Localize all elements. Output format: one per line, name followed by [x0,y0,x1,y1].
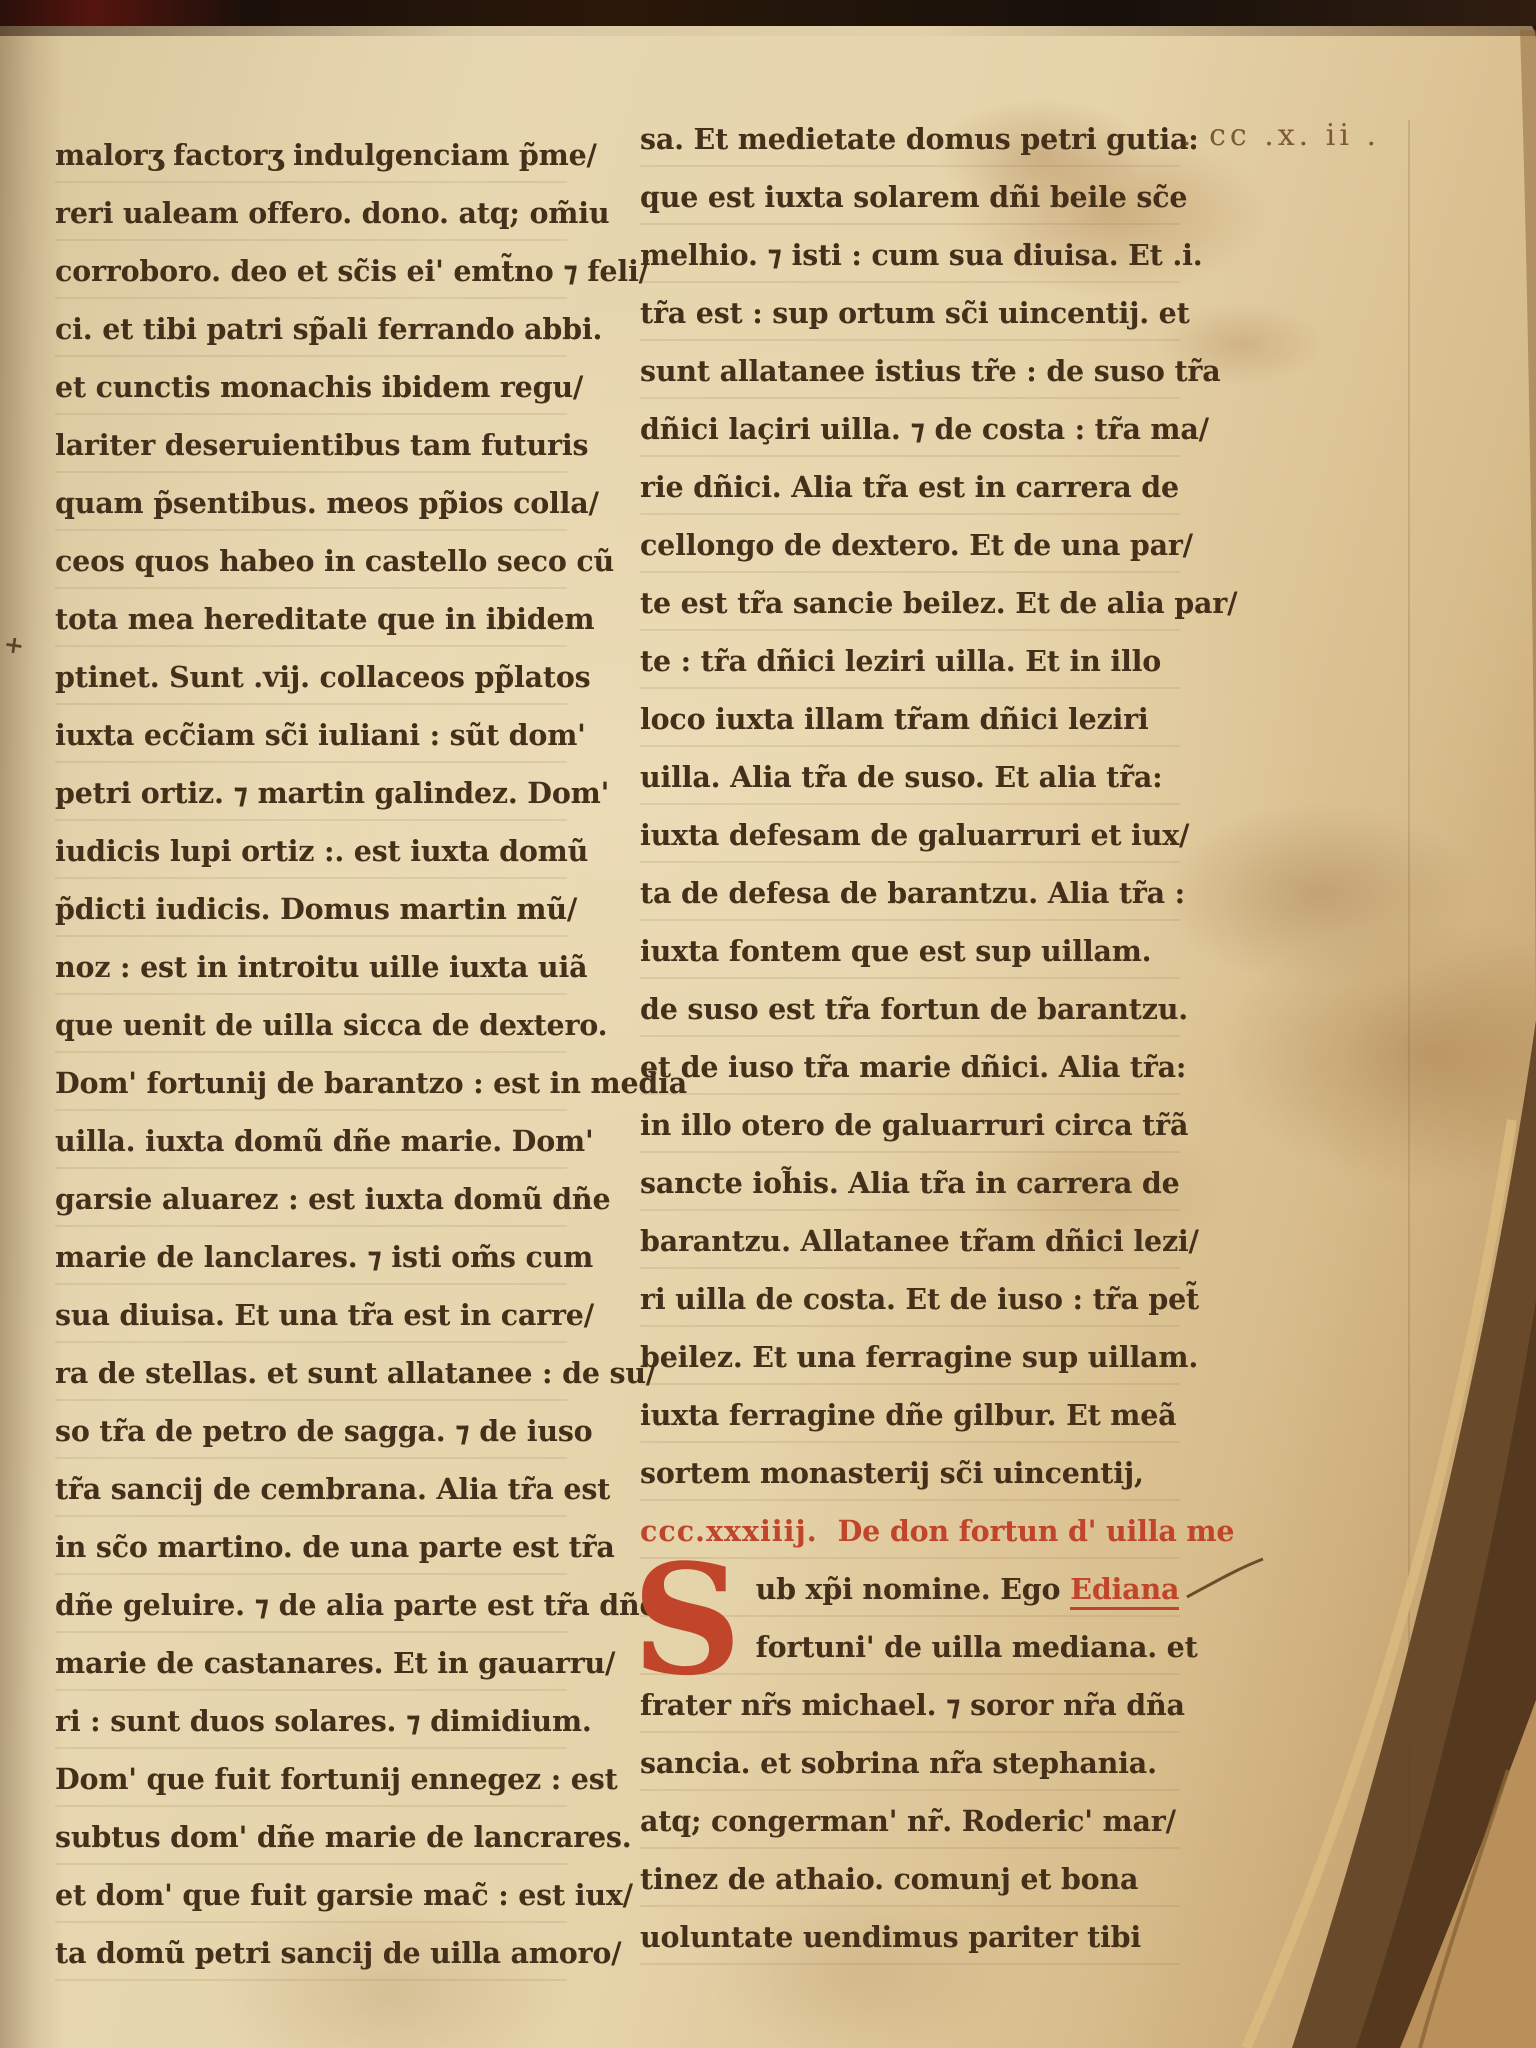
manuscript-line: tr̃a est : sup ortum sc̃i uincentij. et [640,284,1180,342]
margin-cross-mark: + [2,629,26,661]
manuscript-line: dñici laçiri uilla. ⁊ de costa : tr̃a ma… [640,400,1180,458]
manuscript-line: que est iuxta solarem dñi beile sc̃e [640,168,1180,226]
rubric-title: De don fortun d' uilla me [838,1502,1235,1560]
manuscript-line: loco iuxta illam tr̃am dñici leziri [640,690,1180,748]
manuscript-line: uilla. Alia tr̃a de suso. Et alia tr̃a: [640,748,1180,806]
manuscript-line: et dom' que fuit garsie mac̃ : est iux/ [55,1866,567,1924]
folio-number: . cc .x. ii . [1182,118,1380,153]
manuscript-line: frater nr̃s michael. ⁊ soror nr̃a dña [640,1676,1180,1734]
manuscript-line: uoluntate uendimus pariter tibi [640,1908,1180,1966]
manuscript-line: sancte ioh̃is. Alia tr̃a in carrera de [640,1154,1180,1212]
manuscript-line: corroboro. deo et sc̃is ei' emt̃no ⁊ fel… [55,242,567,300]
ruling-line-vertical [1408,120,1410,2048]
illuminated-initial-s: S [632,1566,742,1674]
manuscript-line: ra de stellas. et sunt allatanee : de su… [55,1344,567,1402]
manuscript-line: petri ortiz. ⁊ martin galindez. Dom' [55,764,567,822]
manuscript-line: atq; congerman' nr̃. Roderic' mar/ [640,1792,1180,1850]
manuscript-line: sua diuisa. Et una tr̃a est in carre/ [55,1286,567,1344]
manuscript-line: Dom' que fuit fortunij ennegez : est [55,1750,567,1808]
manuscript-line: malorʒ factorʒ indulgenciam p̃me/ [55,126,567,184]
manuscript-line: ci. et tibi patri sp̃ali ferrando abbi. [55,300,567,358]
manuscript-line: te : tr̃a dñici leziri uilla. Et in illo [640,632,1180,690]
manuscript-line: uilla. iuxta domũ dñe marie. Dom' [55,1112,567,1170]
text-column-right: sa. Et medietate domus petri gutia:que e… [640,110,1180,1966]
manuscript-line: marie de lanclares. ⁊ isti om̃s cum [55,1228,567,1286]
manuscript-line: so tr̃a de petro de sagga. ⁊ de iuso [55,1402,567,1460]
manuscript-line: subtus dom' dñe marie de lancrares. [55,1808,567,1866]
charter-first-line: ub xp̃i nomine. Ego [756,1572,1061,1606]
manuscript-line: sortem monasterij sc̃i uincentij, [640,1444,1180,1502]
manuscript-line: beilez. Et una ferragine sup uillam. [640,1328,1180,1386]
manuscript-line: que uenit de uilla sicca de dextero. [55,996,567,1054]
manuscript-line: iuxta ecc̃iam sc̃i iuliani : sũt dom' [55,706,567,764]
manuscript-line: sancia. et sobrina nr̃a stephania. [640,1734,1180,1792]
manuscript-line: ri uilla de costa. Et de iuso : tr̃a pet… [640,1270,1180,1328]
manuscript-line: Dom' fortunij de barantzo : est in media [55,1054,567,1112]
manuscript-line: cellongo de dextero. Et de una par/ [640,516,1180,574]
book-top-edge-shadow [0,26,1536,36]
manuscript-line: noz : est in introitu uille iuxta uiã [55,938,567,996]
manuscript-page: . cc .x. ii . + malorʒ factorʒ indulgenc… [0,0,1536,2048]
highlighted-name: Ediana [1070,1572,1179,1610]
manuscript-line: sunt allatanee istius tr̃e : de suso tr̃… [640,342,1180,400]
manuscript-line: te est tr̃a sancie beilez. Et de alia pa… [640,574,1180,632]
manuscript-line: ta domũ petri sancij de uilla amoro/ [55,1924,567,1982]
manuscript-line: et cunctis monachis ibidem regu/ [55,358,567,416]
manuscript-line: sa. Et medietate domus petri gutia: [640,110,1180,168]
manuscript-line: ta de defesa de barantzu. Alia tr̃a : [640,864,1180,922]
manuscript-line: tota mea hereditate que in ibidem [55,590,567,648]
right-column-lines: sa. Et medietate domus petri gutia:que e… [640,110,1180,1502]
pen-flourish [1185,1555,1265,1603]
manuscript-line: barantzu. Allatanee tr̃am dñici lezi/ [640,1212,1180,1270]
manuscript-line: lariter deseruientibus tam futuris [55,416,567,474]
manuscript-line: et de iuso tr̃a marie dñici. Alia tr̃a: [640,1038,1180,1096]
manuscript-line: ri : sunt duos solares. ⁊ dimidium. [55,1692,567,1750]
manuscript-line: in sc̃o martino. de una parte est tr̃a [55,1518,567,1576]
manuscript-line: marie de castanares. Et in gauarru/ [55,1634,567,1692]
manuscript-line: tr̃a sancij de cembrana. Alia tr̃a est [55,1460,567,1518]
manuscript-line: iuxta fontem que est sup uillam. [640,922,1180,980]
manuscript-line: iuxta defesam de galuarruri et iux/ [640,806,1180,864]
manuscript-line: ptinet. Sunt .vij. collaceos pp̃latos [55,648,567,706]
manuscript-line: iudicis lupi ortiz :. est iuxta domũ [55,822,567,880]
manuscript-line: dñe geluire. ⁊ de alia parte est tr̃a dñ… [55,1576,567,1634]
manuscript-line: quam p̃sentibus. meos pp̃ios colla/ [55,474,567,532]
manuscript-line: melhio. ⁊ isti : cum sua diuisa. Et .i. [640,226,1180,284]
manuscript-line: ceos quos habeo in castello seco cũ [55,532,567,590]
book-top-edge [0,0,1536,26]
charter-opening: S ub xp̃i nomine. EgoEdiana fortuni' de … [640,1560,1180,1966]
manuscript-line: reri ualeam offero. dono. atq; om̃iu [55,184,567,242]
manuscript-line: iuxta ferragine dñe gilbur. Et meã [640,1386,1180,1444]
manuscript-line: garsie aluarez : est iuxta domũ dñe [55,1170,567,1228]
manuscript-line: p̃dicti iudicis. Domus martin mũ/ [55,880,567,938]
text-column-left: malorʒ factorʒ indulgenciam p̃me/reri ua… [55,126,567,1982]
manuscript-line: de suso est tr̃a fortun de barantzu. [640,980,1180,1038]
manuscript-line: rie dñici. Alia tr̃a est in carrera de [640,458,1180,516]
manuscript-line: in illo otero de galuarruri circa tr̃ã [640,1096,1180,1154]
charter-following-lines: frater nr̃s michael. ⁊ soror nr̃a dñasan… [640,1676,1180,1966]
manuscript-line: tinez de athaio. comunj et bona [640,1850,1180,1908]
